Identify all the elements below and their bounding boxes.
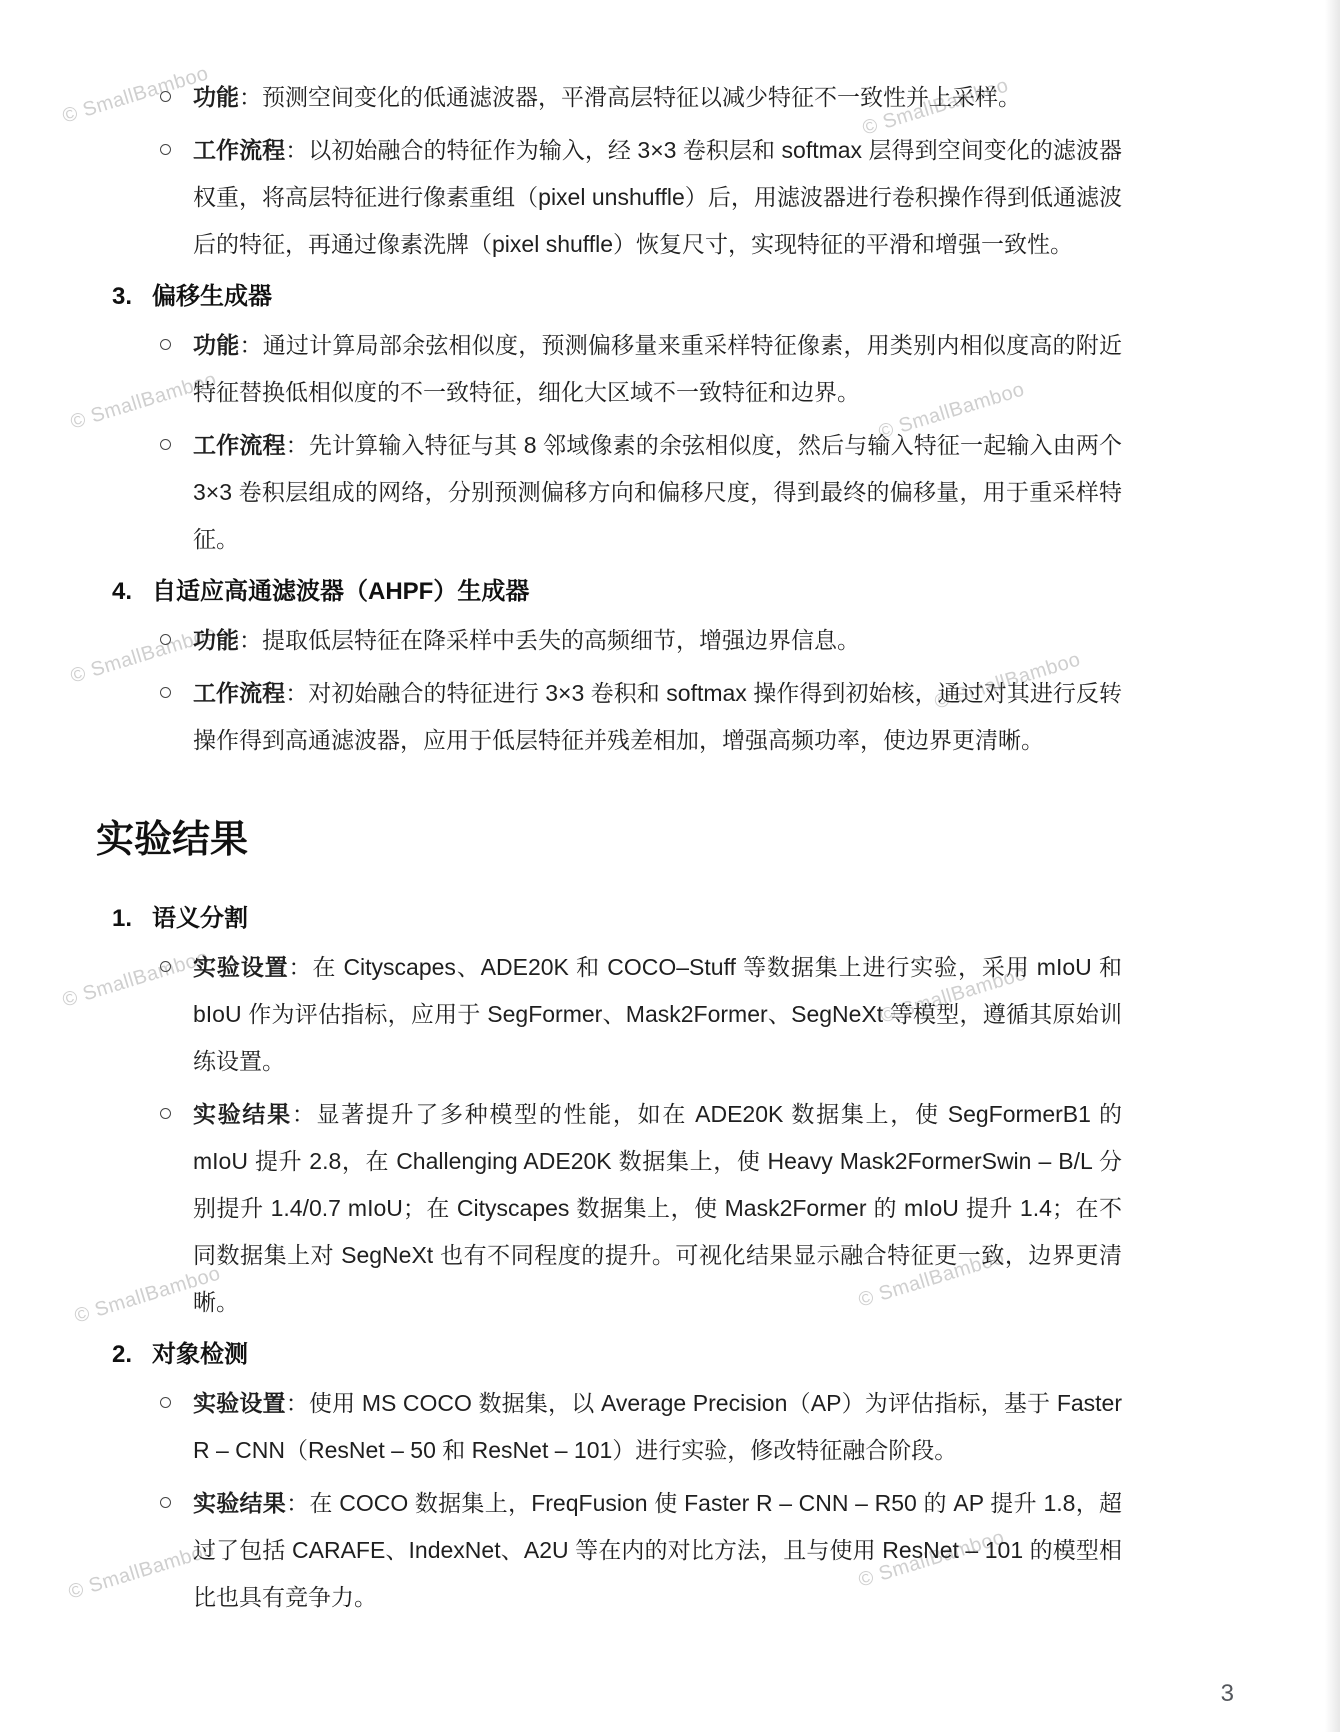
list-item-number: 3.	[112, 278, 152, 316]
page-number: 3	[1221, 1680, 1234, 1708]
list-item-number: 1.	[112, 900, 152, 938]
list-item-title: 1.语义分割	[96, 900, 1122, 938]
bullet-text: ：预测空间变化的低通滤波器，平滑高层特征以减少特征不一致性并上采样。	[239, 84, 1021, 110]
bullet-text: ：显著提升了多种模型的性能，如在 ADE20K 数据集上，使 SegFormer…	[193, 1101, 1122, 1315]
bullet-label: 工作流程	[193, 137, 285, 163]
numbered-list-item: 2.对象检测 实验设置：使用 MS COCO 数据集，以 Average Pre…	[96, 1336, 1122, 1621]
bullet-text: ：对初始融合的特征进行 3×3 卷积和 softmax 操作得到初始核，通过对其…	[193, 680, 1122, 753]
list-item-title-text: 偏移生成器	[152, 283, 272, 310]
circle-bullet-icon	[160, 687, 171, 698]
bullet-label: 功能	[193, 84, 239, 110]
list-item-title-text: 自适应高通滤波器（AHPF）生成器	[152, 578, 529, 605]
circle-bullet-icon	[160, 1497, 171, 1508]
numbered-list-item: 1.语义分割 实验设置：在 Cityscapes、ADE20K 和 COCO–S…	[96, 900, 1122, 1326]
bullet-point: 实验结果：显著提升了多种模型的性能，如在 ADE20K 数据集上，使 SegFo…	[96, 1091, 1122, 1326]
bullet-label: 功能	[193, 332, 239, 358]
circle-bullet-icon	[160, 1397, 171, 1408]
bullet-text: ：在 Cityscapes、ADE20K 和 COCO–Stuff 等数据集上进…	[193, 954, 1122, 1074]
list-item-title: 3.偏移生成器	[96, 278, 1122, 316]
document-content: 功能：预测空间变化的低通滤波器，平滑高层特征以减少特征不一致性并上采样。 工作流…	[0, 0, 1340, 1627]
section-heading: 实验结果	[96, 816, 1122, 864]
bullet-label: 实验设置	[193, 954, 288, 980]
bullet-text: ：先计算输入特征与其 8 邻域像素的余弦相似度，然后与输入特征一起输入由两个 3…	[193, 432, 1122, 552]
list-item-number: 4.	[112, 573, 152, 611]
bullet-label: 工作流程	[193, 432, 286, 458]
bullet-point: 功能：通过计算局部余弦相似度，预测偏移量来重采样特征像素，用类别内相似度高的附近…	[96, 322, 1122, 416]
bullet-label: 实验设置	[193, 1390, 286, 1416]
circle-bullet-icon	[160, 634, 171, 645]
bullet-point: 工作流程：对初始融合的特征进行 3×3 卷积和 softmax 操作得到初始核，…	[96, 670, 1122, 764]
bullet-point: 实验设置：使用 MS COCO 数据集，以 Average Precision（…	[96, 1380, 1122, 1474]
bullet-label: 实验结果	[193, 1101, 292, 1127]
numbered-list-item: 3.偏移生成器 功能：通过计算局部余弦相似度，预测偏移量来重采样特征像素，用类别…	[96, 278, 1122, 563]
bullet-text: ：通过计算局部余弦相似度，预测偏移量来重采样特征像素，用类别内相似度高的附近特征…	[193, 332, 1122, 405]
list-item-title: 4.自适应高通滤波器（AHPF）生成器	[96, 573, 1122, 611]
page-edge-shadow	[1325, 0, 1340, 1732]
circle-bullet-icon	[160, 961, 171, 972]
bullet-label: 工作流程	[193, 680, 285, 706]
bullet-point: 实验设置：在 Cityscapes、ADE20K 和 COCO–Stuff 等数…	[96, 944, 1122, 1085]
bullet-point: 工作流程：以初始融合的特征作为输入，经 3×3 卷积层和 softmax 层得到…	[96, 127, 1122, 268]
bullet-text: ：使用 MS COCO 数据集，以 Average Precision（AP）为…	[193, 1390, 1122, 1463]
circle-bullet-icon	[160, 91, 171, 102]
bullet-point: 实验结果：在 COCO 数据集上，FreqFusion 使 Faster R –…	[96, 1480, 1122, 1621]
list-item-title-text: 语义分割	[152, 905, 248, 932]
bullet-label: 实验结果	[193, 1490, 286, 1516]
document-page: © SmallBamboo © SmallBamboo © SmallBambo…	[0, 0, 1340, 1732]
bullet-label: 功能	[193, 627, 239, 653]
numbered-list-item: 4.自适应高通滤波器（AHPF）生成器 功能：提取低层特征在降采样中丢失的高频细…	[96, 573, 1122, 764]
list-item-number: 2.	[112, 1336, 152, 1374]
circle-bullet-icon	[160, 144, 171, 155]
list-item-title-text: 对象检测	[152, 1341, 248, 1368]
circle-bullet-icon	[160, 1108, 171, 1119]
circle-bullet-icon	[160, 439, 171, 450]
circle-bullet-icon	[160, 339, 171, 350]
bullet-point: 功能：提取低层特征在降采样中丢失的高频细节，增强边界信息。	[96, 617, 1122, 664]
bullet-point: 工作流程：先计算输入特征与其 8 邻域像素的余弦相似度，然后与输入特征一起输入由…	[96, 422, 1122, 563]
bullet-point: 功能：预测空间变化的低通滤波器，平滑高层特征以减少特征不一致性并上采样。	[96, 74, 1122, 121]
bullet-text: ：以初始融合的特征作为输入，经 3×3 卷积层和 softmax 层得到空间变化…	[193, 137, 1122, 257]
list-item-title: 2.对象检测	[96, 1336, 1122, 1374]
bullet-text: ：在 COCO 数据集上，FreqFusion 使 Faster R – CNN…	[193, 1490, 1122, 1610]
bullet-text: ：提取低层特征在降采样中丢失的高频细节，增强边界信息。	[239, 627, 860, 653]
